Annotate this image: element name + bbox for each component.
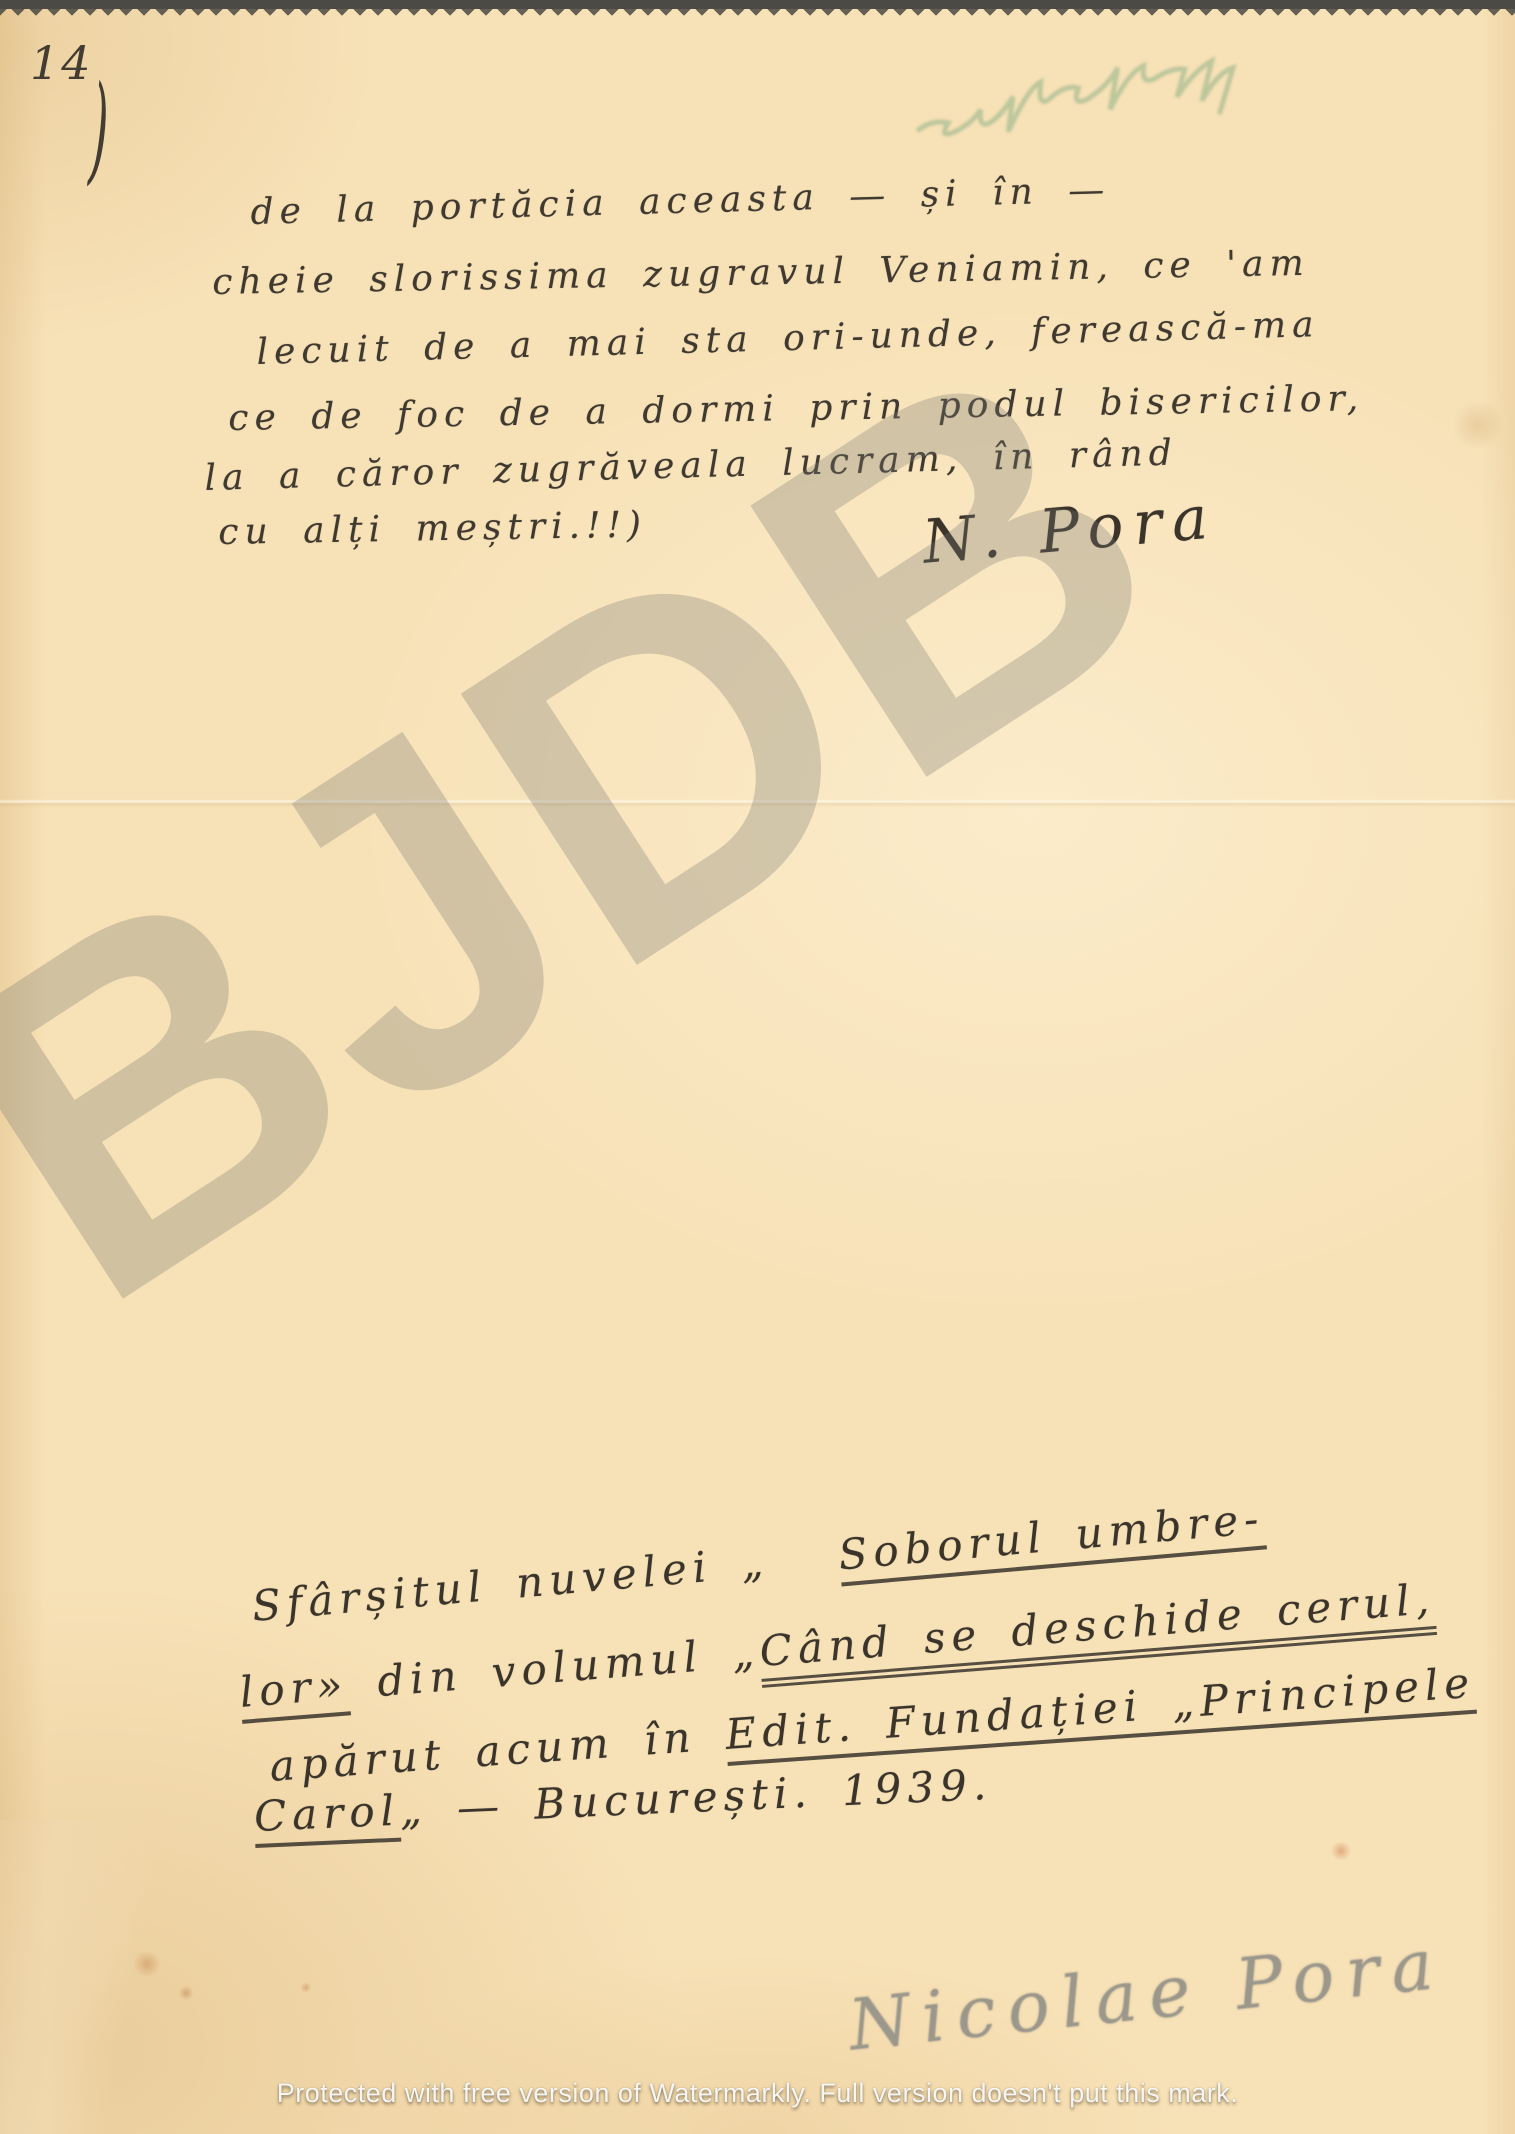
- manuscript-page: 14) de la portăcia aceasta — și în — che…: [0, 0, 1515, 2134]
- paper-stain: [1330, 1842, 1352, 1860]
- letter-line: de la portăcia aceasta — și în —: [250, 169, 1111, 232]
- paper-stain: [300, 1982, 312, 1993]
- note-text: Sfârșitul nuvelei „: [250, 1537, 771, 1631]
- letter-line: cheie slorissima zugravul Veniamin, ce '…: [212, 243, 1310, 303]
- underlined-title: Carol: [253, 1786, 401, 1848]
- page-number-digits: 14: [30, 36, 93, 90]
- bleedthrough-scribble: [900, 9, 1311, 170]
- paper-stain: [178, 1986, 194, 2000]
- underlined-title: lor»: [238, 1659, 351, 1723]
- page-number: 14): [30, 36, 111, 90]
- underlined-title: Soborul umbre-: [836, 1493, 1266, 1586]
- pencil-signature: Nicolae Pora: [845, 1922, 1449, 2066]
- paper-stain: [132, 1952, 162, 1976]
- paper-stain: [1448, 402, 1508, 448]
- watermark-banner: Protected with free version of Watermark…: [277, 2078, 1239, 2109]
- note-text: din volumul „: [346, 1627, 762, 1708]
- big-watermark: BJDB: [0, 273, 1230, 1377]
- scan-top-edge: [0, 0, 1515, 9]
